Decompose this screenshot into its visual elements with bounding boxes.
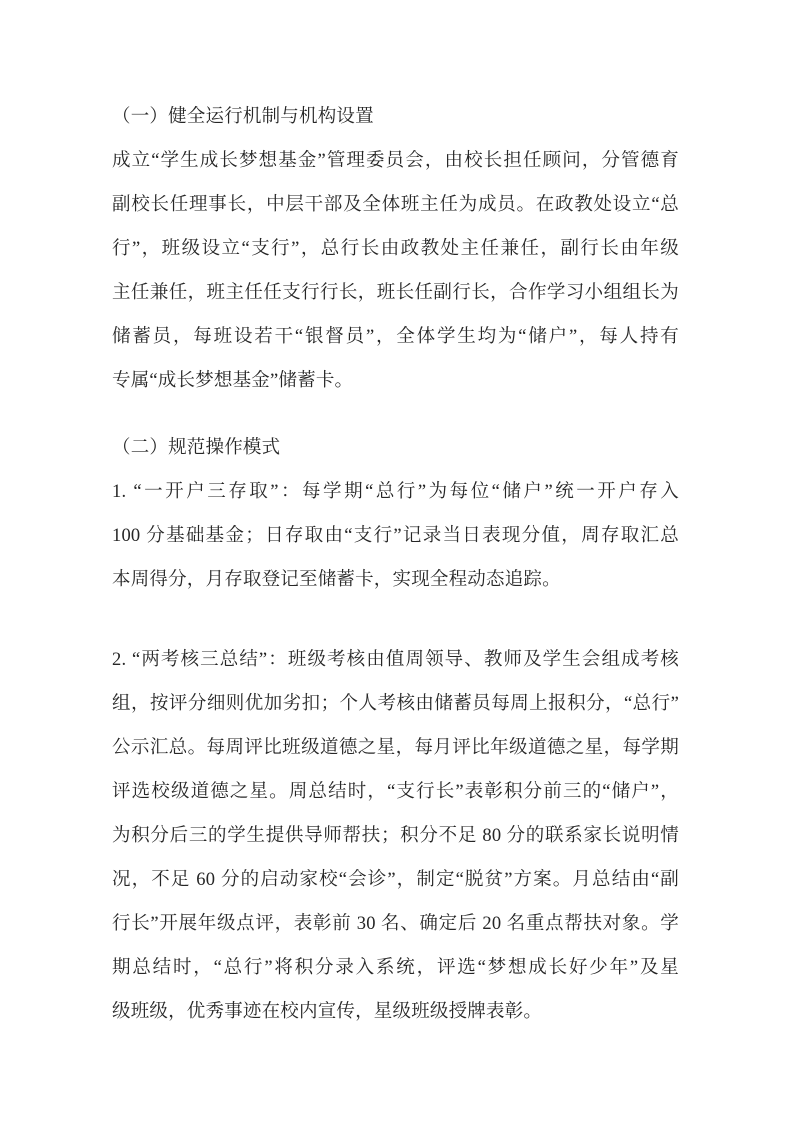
- section-2-heading: （二）规范操作模式: [112, 426, 679, 470]
- paragraph-3: 2. “两考核三总结”：班级考核由值周领导、教师及学生会组成考核 组，按评分细则…: [112, 638, 679, 1034]
- text-line: 期总结时，“总行”将积分录入系统，评选“梦想成长好少年”及星: [112, 946, 679, 990]
- text-line: 行”，班级设立“支行”，总行长由政教处主任兼任，副行长由年级: [112, 227, 679, 271]
- text-line: 2. “两考核三总结”：班级考核由值周领导、教师及学生会组成考核: [112, 638, 679, 682]
- text-line: 况，不足 60 分的启动家校“会诊”，制定“脱贫”方案。月总结由“副: [112, 858, 679, 902]
- text-line: 成立“学生成长梦想基金”管理委员会，由校长担任顾问，分管德育: [112, 139, 679, 183]
- text-line: 为积分后三的学生提供导师帮扶；积分不足 80 分的联系家长说明情: [112, 814, 679, 858]
- paragraph-1: 成立“学生成长梦想基金”管理委员会，由校长担任顾问，分管德育 副校长任理事长，中…: [112, 139, 679, 403]
- text-line: 专属“成长梦想基金”储蓄卡。: [112, 359, 679, 403]
- text-line: 储蓄员，每班设若干“银督员”，全体学生均为“储户”，每人持有: [112, 315, 679, 359]
- text-line: 行长”开展年级点评，表彰前 30 名、确定后 20 名重点帮扶对象。学: [112, 902, 679, 946]
- section-2: （二）规范操作模式 1. “一开户三存取”：每学期“总行”为每位“储户”统一开户…: [112, 426, 679, 1034]
- text-line: 本周得分，月存取登记至储蓄卡，实现全程动态追踪。: [112, 558, 679, 602]
- text-line: 组，按评分细则优加劣扣；个人考核由储蓄员每周上报积分，“总行”: [112, 682, 679, 726]
- section-1-heading: （一）健全运行机制与机构设置: [112, 95, 679, 139]
- text-line: 副校长任理事长，中层干部及全体班主任为成员。在政教处设立“总: [112, 183, 679, 227]
- text-line: 公示汇总。每周评比班级道德之星，每月评比年级道德之星，每学期: [112, 726, 679, 770]
- text-line: 评选校级道德之星。周总结时，“支行长”表彰积分前三的“储户”，: [112, 770, 679, 814]
- section-1: （一）健全运行机制与机构设置 成立“学生成长梦想基金”管理委员会，由校长担任顾问…: [112, 95, 679, 403]
- text-line: 级班级，优秀事迹在校内宣传，星级班级授牌表彰。: [112, 990, 679, 1034]
- document-content: （一）健全运行机制与机构设置 成立“学生成长梦想基金”管理委员会，由校长担任顾问…: [112, 95, 679, 1034]
- text-line: 1. “一开户三存取”：每学期“总行”为每位“储户”统一开户存入: [112, 470, 679, 514]
- paragraph-2: 1. “一开户三存取”：每学期“总行”为每位“储户”统一开户存入 100 分基础…: [112, 470, 679, 602]
- text-line: 主任兼任，班主任任支行行长，班长任副行长，合作学习小组组长为: [112, 271, 679, 315]
- text-line: 100 分基础基金；日存取由“支行”记录当日表现分值，周存取汇总: [112, 514, 679, 558]
- document-page: （一）健全运行机制与机构设置 成立“学生成长梦想基金”管理委员会，由校长担任顾问…: [0, 0, 793, 1122]
